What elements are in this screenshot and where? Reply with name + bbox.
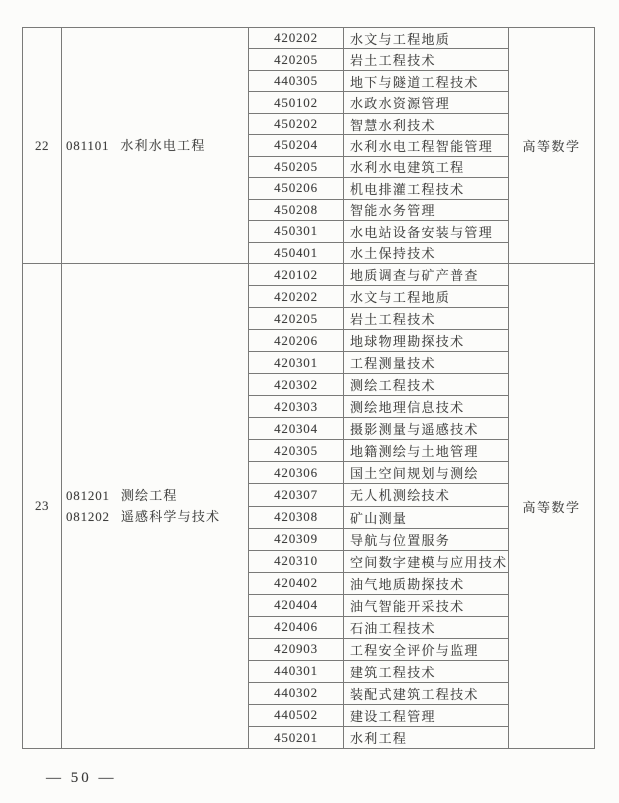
specialty-code-cell: 420301: [249, 352, 344, 373]
specialty-row: 420205岩土工程技术: [249, 48, 508, 69]
specialty-row: 420303测绘地理信息技术: [249, 395, 508, 417]
page-number: — 50 —: [46, 770, 117, 787]
specialty-code-cell: 420402: [249, 573, 344, 594]
table-section-22: 22081101水利水电工程420202水文与工程地质420205岩土工程技术4…: [23, 28, 594, 263]
specialty-row: 450401水土保持技术: [249, 242, 508, 263]
specialty-name-cell: 智慧水利技术: [344, 114, 508, 134]
specialty-row: 420206地球物理勘探技术: [249, 329, 508, 351]
specialty-row: 420310空间数字建模与应用技术: [249, 550, 508, 572]
specialty-row: 450102水政水资源管理: [249, 91, 508, 112]
specialty-name-cell: 地质调查与矿产普查: [344, 264, 508, 285]
major-line: 081101水利水电工程: [66, 135, 248, 156]
specialty-code-cell: 450201: [249, 727, 344, 748]
specialty-row: 450206机电排灌工程技术: [249, 177, 508, 198]
specialty-code-cell: 450208: [249, 200, 344, 220]
specialty-code-cell: 420302: [249, 374, 344, 395]
specialty-code-cell: 420404: [249, 595, 344, 616]
specialty-name-cell: 石油工程技术: [344, 617, 508, 638]
specialty-row: 420404油气智能开采技术: [249, 594, 508, 616]
specialty-name-cell: 智能水务管理: [344, 200, 508, 220]
specialty-row: 420402油气地质勘探技术: [249, 572, 508, 594]
major-line: 081202遥感科学与技术: [66, 506, 248, 527]
specialty-name-cell: 水电站设备安装与管理: [344, 221, 508, 241]
major-cell: 081101水利水电工程: [62, 28, 249, 263]
specialty-name-cell: 国土空间规划与测绘: [344, 462, 508, 483]
specialty-name-cell: 地下与隧道工程技术: [344, 71, 508, 91]
specialty-name-cell: 矿山测量: [344, 507, 508, 528]
major-name: 测绘工程: [121, 485, 178, 506]
specialty-name-cell: 装配式建筑工程技术: [344, 683, 508, 704]
major-cell: 081201测绘工程081202遥感科学与技术: [62, 264, 249, 748]
specialty-name-cell: 水土保持技术: [344, 243, 508, 263]
specialty-row: 420202水文与工程地质: [249, 285, 508, 307]
specialty-code-cell: 450401: [249, 243, 344, 263]
specialty-name-cell: 油气智能开采技术: [344, 595, 508, 616]
row-number-cell: 23: [23, 264, 62, 748]
specialty-code-cell: 450206: [249, 178, 344, 198]
specialty-code-cell: 450102: [249, 92, 344, 112]
specialty-code-cell: 450204: [249, 135, 344, 155]
specialty-row: 420102地质调查与矿产普查: [249, 264, 508, 285]
specialty-row: 420306国土空间规划与测绘: [249, 461, 508, 483]
exam-subject-cell: 高等数学: [509, 264, 594, 748]
specialty-code-cell: 420102: [249, 264, 344, 285]
specialty-row: 450301水电站设备安装与管理: [249, 220, 508, 241]
specialty-code-cell: 420205: [249, 49, 344, 69]
specialty-code-cell: 420303: [249, 396, 344, 417]
specialty-row: 420903工程安全评价与监理: [249, 638, 508, 660]
major-name: 水利水电工程: [120, 135, 205, 156]
specialty-name-cell: 机电排灌工程技术: [344, 178, 508, 198]
specialty-list: 420202水文与工程地质420205岩土工程技术440305地下与隧道工程技术…: [249, 28, 509, 263]
specialty-row: 440305地下与隧道工程技术: [249, 70, 508, 91]
specialty-code-cell: 420306: [249, 462, 344, 483]
specialty-code-cell: 440302: [249, 683, 344, 704]
major-name: 遥感科学与技术: [121, 506, 220, 527]
specialty-list: 420102地质调查与矿产普查420202水文与工程地质420205岩土工程技术…: [249, 264, 509, 748]
specialty-name-cell: 测绘工程技术: [344, 374, 508, 395]
major-code: 081201: [66, 485, 110, 506]
major-code: 081202: [66, 506, 110, 527]
specialty-code-cell: 420205: [249, 308, 344, 329]
specialty-row: 420406石油工程技术: [249, 616, 508, 638]
specialty-name-cell: 建设工程管理: [344, 705, 508, 726]
specialty-row: 420205岩土工程技术: [249, 307, 508, 329]
specialty-code-cell: 420305: [249, 440, 344, 461]
specialty-row: 450208智能水务管理: [249, 199, 508, 220]
specialty-name-cell: 水利工程: [344, 727, 508, 748]
specialty-row: 450201水利工程: [249, 726, 508, 748]
specialty-name-cell: 空间数字建模与应用技术: [344, 551, 508, 572]
specialty-code-cell: 450301: [249, 221, 344, 241]
specialty-code-cell: 420304: [249, 418, 344, 439]
specialty-name-cell: 测绘地理信息技术: [344, 396, 508, 417]
specialty-code-cell: 420310: [249, 551, 344, 572]
specialty-name-cell: 地籍测绘与土地管理: [344, 440, 508, 461]
specialty-name-cell: 水利水电工程智能管理: [344, 135, 508, 155]
specialty-row: 420309导航与位置服务: [249, 528, 508, 550]
specialty-code-cell: 440305: [249, 71, 344, 91]
specialty-row: 450202智慧水利技术: [249, 113, 508, 134]
specialty-row: 450204水利水电工程智能管理: [249, 134, 508, 155]
specialty-row: 420305地籍测绘与土地管理: [249, 439, 508, 461]
specialty-row: 420301工程测量技术: [249, 351, 508, 373]
major-code: 081101: [66, 135, 109, 156]
specialty-code-cell: 440502: [249, 705, 344, 726]
table-section-23: 23081201测绘工程081202遥感科学与技术420102地质调查与矿产普查…: [23, 263, 594, 748]
specialty-code-cell: 440301: [249, 661, 344, 682]
specialty-code-cell: 450202: [249, 114, 344, 134]
specialty-code-cell: 420309: [249, 529, 344, 550]
exam-subject-cell: 高等数学: [509, 28, 594, 263]
specialty-name-cell: 岩土工程技术: [344, 49, 508, 69]
specialty-row: 450205水利水电建筑工程: [249, 156, 508, 177]
specialty-name-cell: 导航与位置服务: [344, 529, 508, 550]
specialty-name-cell: 无人机测绘技术: [344, 484, 508, 505]
specialty-name-cell: 水文与工程地质: [344, 286, 508, 307]
specialty-code-cell: 420308: [249, 507, 344, 528]
majors-table: 22081101水利水电工程420202水文与工程地质420205岩土工程技术4…: [22, 27, 595, 749]
specialty-code-cell: 420406: [249, 617, 344, 638]
specialty-code-cell: 450205: [249, 157, 344, 177]
specialty-row: 440502建设工程管理: [249, 704, 508, 726]
specialty-name-cell: 地球物理勘探技术: [344, 330, 508, 351]
specialty-code-cell: 420202: [249, 28, 344, 48]
specialty-code-cell: 420307: [249, 484, 344, 505]
specialty-code-cell: 420206: [249, 330, 344, 351]
major-line: 081201测绘工程: [66, 485, 248, 506]
specialty-name-cell: 摄影测量与遥感技术: [344, 418, 508, 439]
specialty-row: 420304摄影测量与遥感技术: [249, 417, 508, 439]
specialty-row: 420302测绘工程技术: [249, 373, 508, 395]
specialty-row: 420308矿山测量: [249, 506, 508, 528]
specialty-name-cell: 水文与工程地质: [344, 28, 508, 48]
specialty-name-cell: 油气地质勘探技术: [344, 573, 508, 594]
specialty-row: 440301建筑工程技术: [249, 660, 508, 682]
specialty-name-cell: 建筑工程技术: [344, 661, 508, 682]
specialty-code-cell: 420202: [249, 286, 344, 307]
specialty-row: 420202水文与工程地质: [249, 28, 508, 48]
specialty-name-cell: 水政水资源管理: [344, 92, 508, 112]
specialty-row: 420307无人机测绘技术: [249, 483, 508, 505]
specialty-row: 440302装配式建筑工程技术: [249, 682, 508, 704]
specialty-name-cell: 岩土工程技术: [344, 308, 508, 329]
specialty-name-cell: 水利水电建筑工程: [344, 157, 508, 177]
specialty-name-cell: 工程测量技术: [344, 352, 508, 373]
specialty-name-cell: 工程安全评价与监理: [344, 639, 508, 660]
row-number-cell: 22: [23, 28, 62, 263]
specialty-code-cell: 420903: [249, 639, 344, 660]
